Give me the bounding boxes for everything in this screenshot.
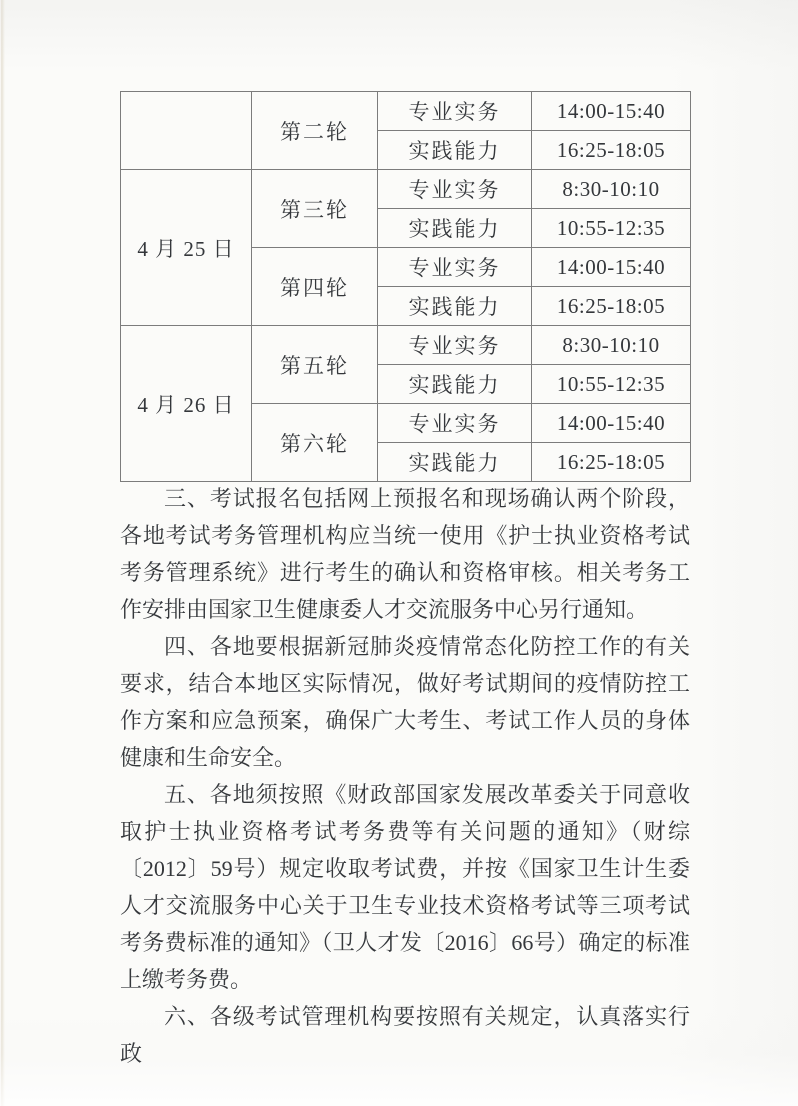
page-left-edge <box>0 0 5 1106</box>
paragraph-administration: 六、各级考试管理机构要按照有关规定，认真落实行政 <box>120 998 690 1072</box>
round-cell: 第二轮 <box>252 92 378 170</box>
subject-cell: 专业实务 <box>378 248 532 287</box>
subject-cell: 专业实务 <box>378 170 532 209</box>
subject-cell: 实践能力 <box>378 287 532 326</box>
time-cell: 10:55-12:35 <box>532 365 691 404</box>
subject-cell: 实践能力 <box>378 443 532 482</box>
paragraph-epidemic-control: 四、各地要根据新冠肺炎疫情常态化防控工作的有关要求，结合本地区实际情况，做好考试… <box>120 628 690 776</box>
subject-cell: 实践能力 <box>378 209 532 248</box>
subject-cell: 实践能力 <box>378 131 532 170</box>
scan-haze-top <box>0 0 798 70</box>
paragraph-registration: 三、考试报名包括网上预报名和现场确认两个阶段，各地考试考务管理机构应当统一使用《… <box>120 480 690 628</box>
table-row: 4 月 26 日 第五轮 专业实务 8:30-10:10 <box>121 326 691 365</box>
date-cell: 4 月 26 日 <box>121 326 252 482</box>
time-cell: 14:00-15:40 <box>532 404 691 443</box>
time-cell: 8:30-10:10 <box>532 170 691 209</box>
round-cell: 第五轮 <box>252 326 378 404</box>
round-cell: 第三轮 <box>252 170 378 248</box>
date-cell: 4 月 25 日 <box>121 170 252 326</box>
round-cell: 第六轮 <box>252 404 378 482</box>
time-cell: 8:30-10:10 <box>532 326 691 365</box>
time-cell: 10:55-12:35 <box>532 209 691 248</box>
round-cell: 第四轮 <box>252 248 378 326</box>
subject-cell: 实践能力 <box>378 365 532 404</box>
time-cell: 14:00-15:40 <box>532 92 691 131</box>
date-cell <box>121 92 252 170</box>
paragraph-fees: 五、各地须按照《财政部国家发展改革委关于同意收取护士执业资格考试考务费等有关问题… <box>120 776 690 998</box>
exam-schedule-table: 第二轮 专业实务 14:00-15:40 实践能力 16:25-18:05 4 … <box>120 91 691 482</box>
time-cell: 14:00-15:40 <box>532 248 691 287</box>
subject-cell: 专业实务 <box>378 92 532 131</box>
table-row: 第二轮 专业实务 14:00-15:40 <box>121 92 691 131</box>
table-row: 4 月 25 日 第三轮 专业实务 8:30-10:10 <box>121 170 691 209</box>
time-cell: 16:25-18:05 <box>532 287 691 326</box>
subject-cell: 专业实务 <box>378 326 532 365</box>
notice-body: 三、考试报名包括网上预报名和现场确认两个阶段，各地考试考务管理机构应当统一使用《… <box>120 480 690 1072</box>
time-cell: 16:25-18:05 <box>532 131 691 170</box>
subject-cell: 专业实务 <box>378 404 532 443</box>
time-cell: 16:25-18:05 <box>532 443 691 482</box>
